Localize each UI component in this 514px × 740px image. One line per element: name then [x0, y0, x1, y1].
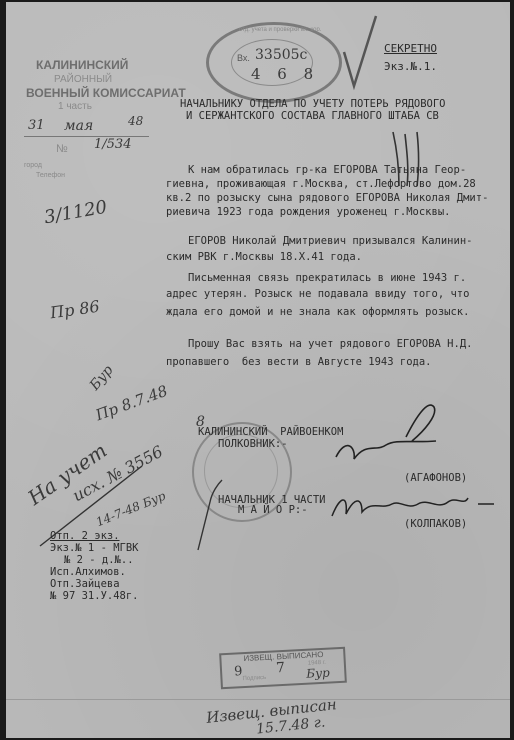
stamp-line-4: 1 часть — [58, 101, 92, 112]
oval-stamp-digits: 4 6 8 — [251, 65, 319, 83]
stamp-number-value: 1/534 — [94, 137, 131, 152]
document-page: КАЛИНИНСКИЙ РАЙОННЫЙ ВОЕННЫЙ КОМИССАРИАТ… — [6, 2, 510, 738]
stamp-line-3: ВОЕННЫЙ КОМИССАРИАТ — [26, 86, 186, 100]
signature-1-name: (АГАФОНОВ) — [404, 472, 467, 484]
oval-stamp-ring-text: отд. учета и проверки вх. кор. — [239, 27, 321, 33]
body-p3-line2: адрес утерян. Розыск не подавала ввиду т… — [166, 288, 469, 300]
stamp-field-city: город — [24, 162, 42, 169]
body-p4-line1: Прошу Вас взять на учет рядового ЕГОРОВА… — [188, 338, 472, 350]
incoming-registration-stamp: отд. учета и проверки вх. кор. Вх. 33505… — [206, 22, 342, 103]
slash-mark-icon — [196, 472, 226, 552]
bottom-stamp-sign: Бур — [306, 666, 330, 681]
notice-issued-stamp: ИЗВЕЩ. ВЫПИСАНО 9 7 1948 г. Подпись Бур — [219, 647, 347, 690]
footer-line-4: Отп.Зайцева — [50, 578, 120, 590]
oval-stamp-prefix: Вх. — [237, 53, 250, 63]
addressee-line-1: НАЧАЛЬНИКУ ОТДЕЛА ПО УЧЕТУ ПОТЕРЬ РЯДОВО… — [180, 98, 446, 110]
body-p2-line1: ЕГОРОВ Николай Дмитриевич призывался Кал… — [188, 235, 472, 247]
signature-2-name: (КОЛПАКОВ) — [404, 518, 467, 530]
footer-line-5: № 97 31.У.48г. — [50, 590, 139, 602]
footer-line-2: № 2 - д.№.. — [64, 554, 134, 566]
body-p1-line3: кв.2 по розыску сына рядового ЕГОРОВА Ни… — [166, 192, 488, 204]
bottom-stamp-month: 7 — [276, 660, 286, 676]
check-mark-icon — [340, 12, 380, 92]
stamp-line-1: КАЛИНИНСКИЙ — [36, 58, 128, 72]
handwritten-reference: 3/1120 — [43, 197, 109, 229]
signature-1-title-line2: ПОЛКОВНИК:- — [218, 438, 288, 450]
paper-fold-line — [6, 699, 510, 700]
handwritten-note-c: Пр 8.7.48 — [93, 382, 170, 425]
classification-label: СЕКРЕТНО — [384, 42, 437, 55]
stamp-field-phone: Телефон — [36, 172, 65, 179]
addressee-line-2: И СЕРЖАНТСКОГО СОСТАВА ГЛАВНОГО ШТАБА СВ — [186, 110, 439, 122]
stamp-date-month: мая — [64, 118, 93, 134]
signature-2-title-line2: М А Й О Р:- — [238, 504, 308, 516]
body-p4-line2: пропавшего без вести в Августе 1943 года… — [166, 356, 432, 368]
stamp-line-2: РАЙОННЫЙ — [54, 74, 112, 85]
body-p3-line3: ждала его домой и не знала как оформлять… — [166, 306, 469, 318]
handwritten-note-b: Бур — [87, 362, 117, 393]
body-p2-line2: ским РВК г.Москвы 18.Х.41 года. — [166, 251, 362, 263]
body-p1-line2: гиевна, проживающая г.Москва, ст.Лефорто… — [166, 178, 476, 190]
body-p3-line1: Письменная связь прекратилась в июне 194… — [188, 272, 466, 284]
handwritten-digit-8: 8 — [196, 414, 205, 430]
body-p1-line1: К нам обратилась гр-ка ЕГОРОВА Татьяна Г… — [188, 164, 466, 176]
oval-stamp-number: 33505с — [255, 47, 307, 63]
footer-line-3: Исп.Алхимов. — [50, 566, 126, 578]
copy-number: Экз.№.1. — [384, 60, 437, 73]
bottom-stamp-sign-label: Подпись — [242, 675, 266, 682]
signature-1-scribble-icon — [316, 397, 456, 472]
stamp-date-year: 48 — [128, 114, 143, 128]
footer-line-1: Экз.№ 1 - МГВК — [50, 542, 139, 554]
stamp-number-label: № — [56, 143, 68, 155]
footer-copies: Отп. 2 экз. — [50, 530, 120, 542]
stamp-date-day: 31 — [28, 118, 45, 133]
signature-2-scribble-icon — [328, 486, 498, 522]
body-p1-line4: риевича 1923 года рождения уроженец г.Мо… — [166, 206, 450, 218]
handwritten-note-a: Пр 86 — [49, 297, 101, 323]
